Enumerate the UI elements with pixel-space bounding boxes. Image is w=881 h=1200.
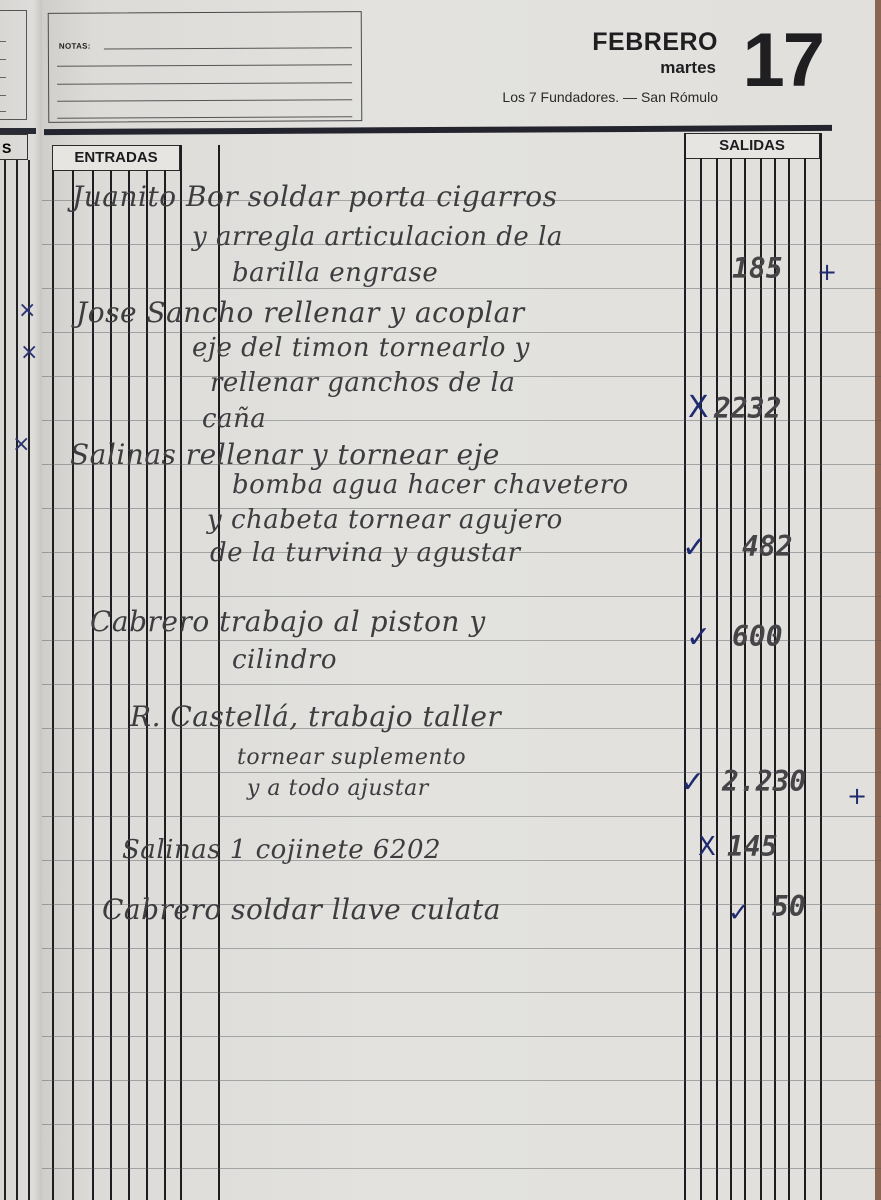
entry-text-line: eje del timon tornearlo y xyxy=(192,333,530,363)
blue-check-mark: ✓ xyxy=(682,530,707,565)
salidas-column-header: SALIDAS xyxy=(684,133,820,159)
salidas-rule xyxy=(700,158,702,1200)
notes-rule xyxy=(0,77,6,78)
entry-text-line: R. Castellá, trabajo taller xyxy=(130,700,501,733)
entry-text-line: y chabeta tornear agujero xyxy=(207,505,563,535)
blue-plus-mark: + xyxy=(847,782,867,810)
salidas-rule xyxy=(684,133,686,1200)
ruled-line xyxy=(42,1036,881,1037)
entradas-rule xyxy=(52,170,54,1200)
entradas-rule xyxy=(72,170,74,1200)
salidas-rule xyxy=(716,158,718,1200)
month-label: FEBRERO xyxy=(592,28,718,57)
left-page-edge: S × × × xyxy=(0,0,43,1200)
diary-page: NOTAS: FEBRERO martes Los 7 Fundadores. … xyxy=(42,0,881,1200)
notes-rule xyxy=(0,41,6,42)
entry-text-line: Juanito Bor soldar porta cigarros xyxy=(72,180,558,213)
ruled-line xyxy=(42,596,881,597)
blue-plus-mark: + xyxy=(817,258,837,286)
ruled-line xyxy=(42,948,881,949)
notes-rule xyxy=(104,47,352,49)
notes-rule xyxy=(0,95,6,96)
blue-x-mark: × xyxy=(20,340,38,365)
ruled-line xyxy=(42,684,881,685)
entry-amount: 185 xyxy=(732,252,783,285)
salidas-rule xyxy=(744,158,746,1200)
entry-text-line: Salinas rellenar y tornear eje xyxy=(70,438,500,471)
left-notes-box xyxy=(0,10,27,120)
blue-x-mark: × xyxy=(12,432,30,457)
salidas-rule xyxy=(820,133,822,1200)
entry-text-line: caña xyxy=(202,404,266,434)
left-salidas-fragment: S xyxy=(0,134,28,160)
entry-amount: 600 xyxy=(732,620,783,653)
entry-text-line: bomba agua hacer chavetero xyxy=(232,470,629,500)
entry-amount: 50 xyxy=(772,890,806,923)
notes-rule xyxy=(57,99,352,102)
notes-box: NOTAS: xyxy=(48,11,363,123)
notes-label: NOTAS: xyxy=(59,42,91,51)
ruled-line xyxy=(42,992,881,993)
page-edge xyxy=(875,0,881,1200)
entry-text-line: Cabrero trabajo al piston y xyxy=(90,605,486,638)
ruled-line xyxy=(42,288,881,289)
blue-x-mark: × xyxy=(18,298,36,323)
entradas-column-header: ENTRADAS xyxy=(52,145,180,171)
entry-text-line: tornear suplemento xyxy=(237,745,466,770)
notes-rule xyxy=(0,59,6,60)
entry-text-line: Jose Sancho rellenar y acoplar xyxy=(76,296,525,329)
salidas-rule xyxy=(730,158,732,1200)
salidas-rule xyxy=(774,158,776,1200)
blue-check-mark: ✓ xyxy=(728,898,750,928)
notes-rule xyxy=(0,111,6,112)
saints-of-day: Los 7 Fundadores. — San Rómulo xyxy=(502,89,718,105)
salidas-rule xyxy=(760,158,762,1200)
day-number: 17 xyxy=(742,20,823,102)
entry-amount: 2.230 xyxy=(722,765,806,798)
notes-rule xyxy=(57,82,352,85)
entry-amount: 145 xyxy=(727,830,778,863)
salidas-rule xyxy=(788,158,790,1200)
entry-text-line: barilla engrase xyxy=(232,258,438,288)
notes-rule xyxy=(57,64,352,67)
ruled-line xyxy=(42,1124,881,1125)
ruled-line xyxy=(42,1080,881,1081)
salidas-rule xyxy=(804,158,806,1200)
entry-text-line: y arregla articulacion de la xyxy=(192,222,563,252)
blue-x-mark: X xyxy=(688,390,709,425)
blue-x-mark: X xyxy=(698,832,716,862)
blue-check-mark: ✓ xyxy=(680,765,705,800)
ruled-line xyxy=(42,1168,881,1169)
entry-amount: 482 xyxy=(742,530,793,563)
ruled-line xyxy=(42,816,881,817)
entry-text-line: cilindro xyxy=(232,645,337,675)
entry-amount: 2232 xyxy=(714,392,781,425)
column-rule xyxy=(4,160,6,1200)
blue-check-mark: ✓ xyxy=(686,620,711,655)
entry-text-line: y a todo ajustar xyxy=(247,776,429,801)
entry-text-line: rellenar ganchos de la xyxy=(210,368,515,398)
notes-rule xyxy=(57,116,352,119)
entry-text-line: Cabrero soldar llave culata xyxy=(102,893,501,926)
entry-text-line: Salinas 1 cojinete 6202 xyxy=(122,835,441,865)
weekday-label: martes xyxy=(660,58,716,78)
entry-text-line: de la turvina y agustar xyxy=(210,538,521,568)
